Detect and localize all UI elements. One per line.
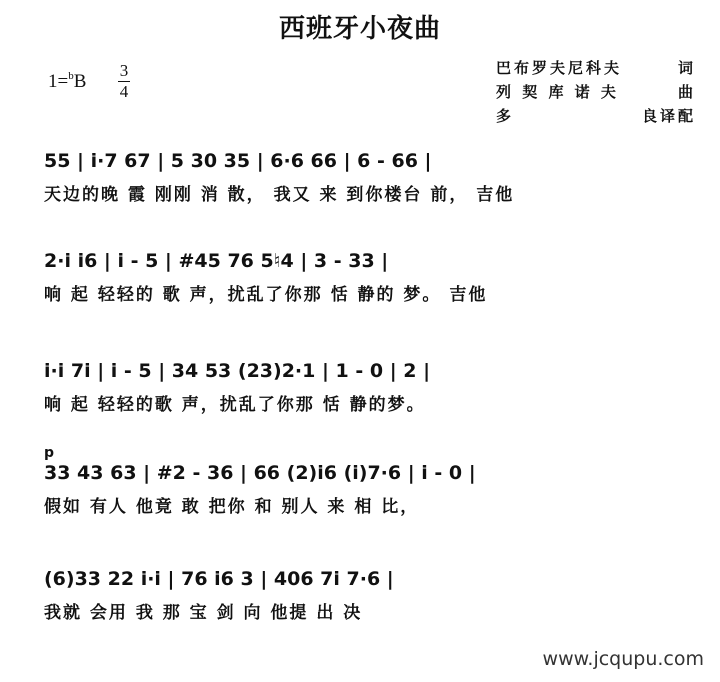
- time-denominator: 4: [118, 83, 130, 101]
- score-system-4: 33 43 63 | #2 - 36 | 66 (2)i6 (i)7·6 | i…: [44, 462, 704, 518]
- credit-translator: 多良译配: [496, 104, 696, 128]
- notation-line: 2·i i6 | i - 5 | #45 76 5♮4 | 3 - 33 |: [44, 250, 704, 280]
- notation-line: 33 43 63 | #2 - 36 | 66 (2)i6 (i)7·6 | i…: [44, 462, 704, 492]
- time-numerator: 3: [118, 62, 130, 80]
- score-system-5: (6)33 22 i·i | 76 i6 3 | 406 7i 7·6 | 我就…: [44, 568, 704, 624]
- key-signature: 1=bB: [48, 70, 86, 93]
- credit-composer: 列 契 库 诺 夫曲: [496, 80, 696, 104]
- score-system-1: 55 | i·7 67 | 5 30 35 | 6·6 66 | 6 - 66 …: [44, 150, 704, 206]
- watermark: www.jcqupu.com: [543, 648, 704, 670]
- credit-lyricist: 巴布罗夫尼科夫词: [496, 56, 696, 80]
- credits: 巴布罗夫尼科夫词 列 契 库 诺 夫曲 多良译配: [496, 56, 696, 128]
- lyrics-line: 响 起 轻轻的 歌 声，扰乱了你那 恬 静的 梦。 吉他: [44, 280, 704, 306]
- notation-line: (6)33 22 i·i | 76 i6 3 | 406 7i 7·6 |: [44, 568, 704, 598]
- score-system-2: 2·i i6 | i - 5 | #45 76 5♮4 | 3 - 33 | 响…: [44, 250, 704, 306]
- lyrics-line: 响 起 轻轻的歌 声，扰乱了你那 恬 静的梦。: [44, 390, 704, 416]
- key-tonic: B: [74, 71, 87, 92]
- dynamic-marking: p: [44, 445, 54, 461]
- lyrics-line: 假如 有人 他竟 敢 把你 和 别人 来 相 比，: [44, 492, 704, 518]
- key-prefix: 1=: [48, 71, 68, 92]
- lyrics-line: 我就 会用 我 那 宝 剑 向 他提 出 决: [44, 598, 704, 624]
- notation-line: 55 | i·7 67 | 5 30 35 | 6·6 66 | 6 - 66 …: [44, 150, 704, 180]
- time-signature: 3 4: [118, 62, 130, 101]
- lyrics-line: 天边的晚 霞 刚刚 消 散， 我又 来 到你楼台 前， 吉他: [44, 180, 704, 206]
- score-system-3: i·i 7i | i - 5 | 34 53 (23)2·1 | 1 - 0 |…: [44, 360, 704, 416]
- notation-line: i·i 7i | i - 5 | 34 53 (23)2·1 | 1 - 0 |…: [44, 360, 704, 390]
- song-title: 西班牙小夜曲: [0, 8, 720, 45]
